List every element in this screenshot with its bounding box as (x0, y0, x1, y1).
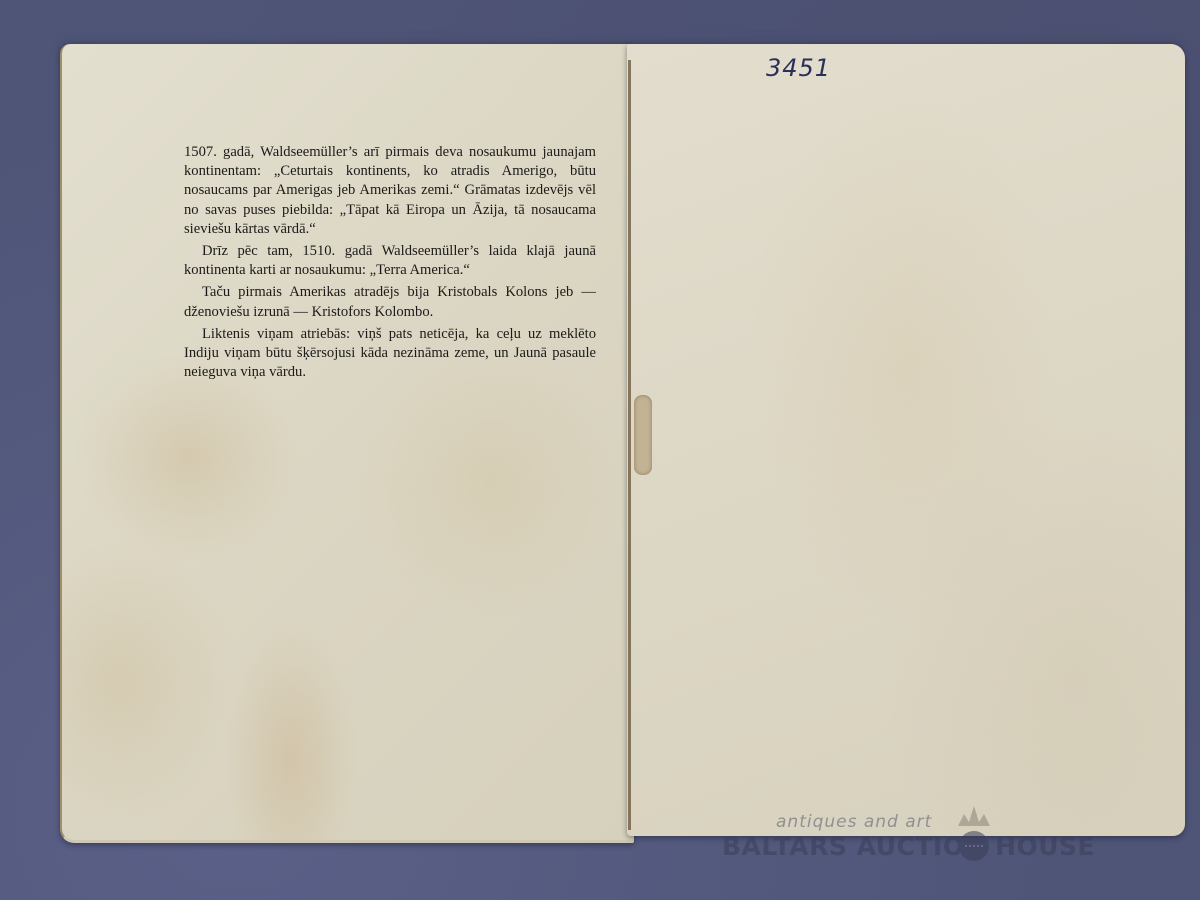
spine-tear (634, 395, 652, 475)
paragraph-2: Drīz pēc tam, 1510. gadā Waldseemüller’s… (184, 242, 596, 280)
handwritten-inventory-number: 3451 (766, 54, 831, 82)
paragraph-3: Taču pirmais Amerikas atradējs bija Kris… (184, 283, 596, 321)
paragraph-4: Liktenis viņam atriebās: viņš pats netic… (184, 325, 596, 383)
auction-watermark: antiques and art BALTARS AUCTION HOUSE (720, 800, 1140, 880)
paragraph-1: 1507. gadā, Waldseemüller’s arī pirmais … (184, 143, 596, 239)
watermark-tagline: antiques and art (776, 812, 932, 832)
watermark-brand: BALTARS AUCTION HOUSE (722, 832, 1095, 861)
book-spine (628, 60, 631, 830)
right-page (627, 44, 1185, 836)
left-page-text: 1507. gadā, Waldseemüller’s arī pirmais … (184, 143, 596, 385)
crown-logo-icon (954, 802, 994, 862)
